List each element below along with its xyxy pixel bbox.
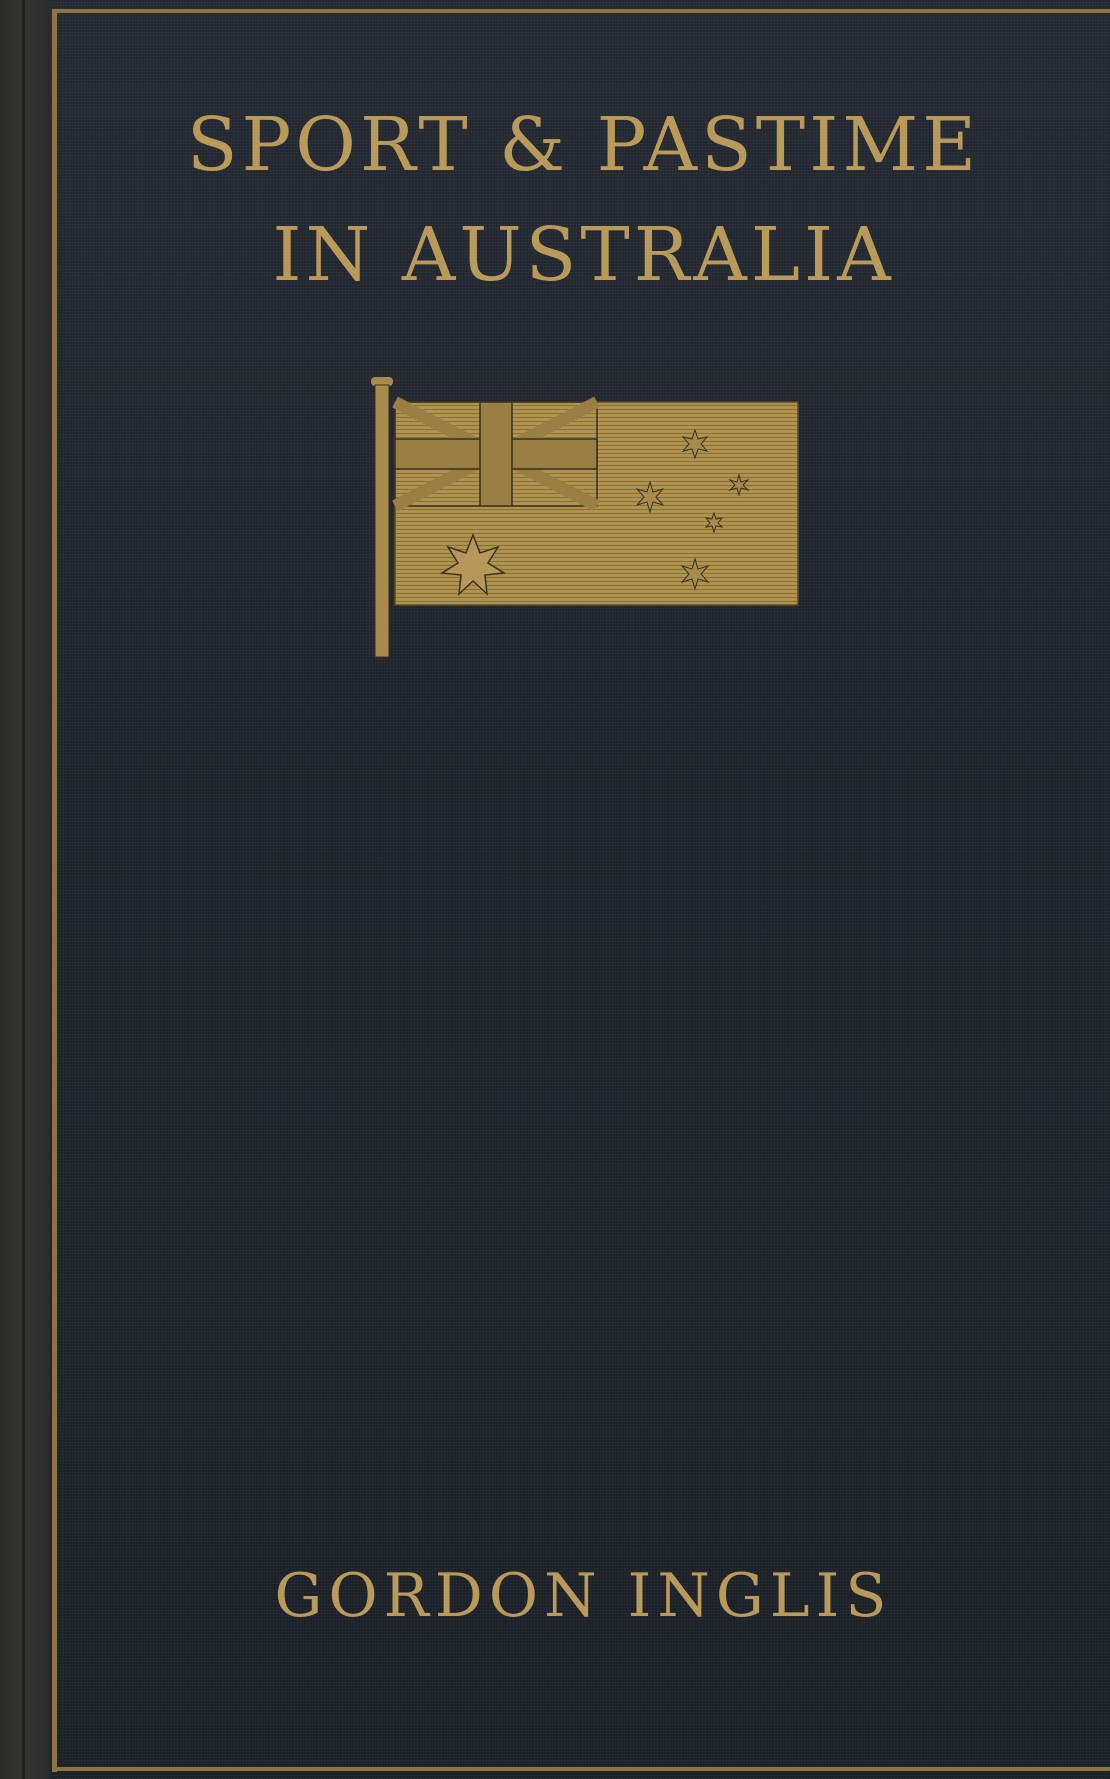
title-line-2: IN AUSTRALIA [57,218,1110,292]
author-name: GORDON INGLIS [57,1566,1110,1626]
spine-edge [22,0,25,1779]
spine [0,0,50,1779]
gold-border-top [52,9,1110,13]
book-cover: SPORT & PASTIME IN AUSTRALIA [0,0,1110,1779]
gold-border-bottom [52,1767,1110,1771]
title-line-1: SPORT & PASTIME [57,108,1110,182]
australian-flag-icon [368,375,808,669]
